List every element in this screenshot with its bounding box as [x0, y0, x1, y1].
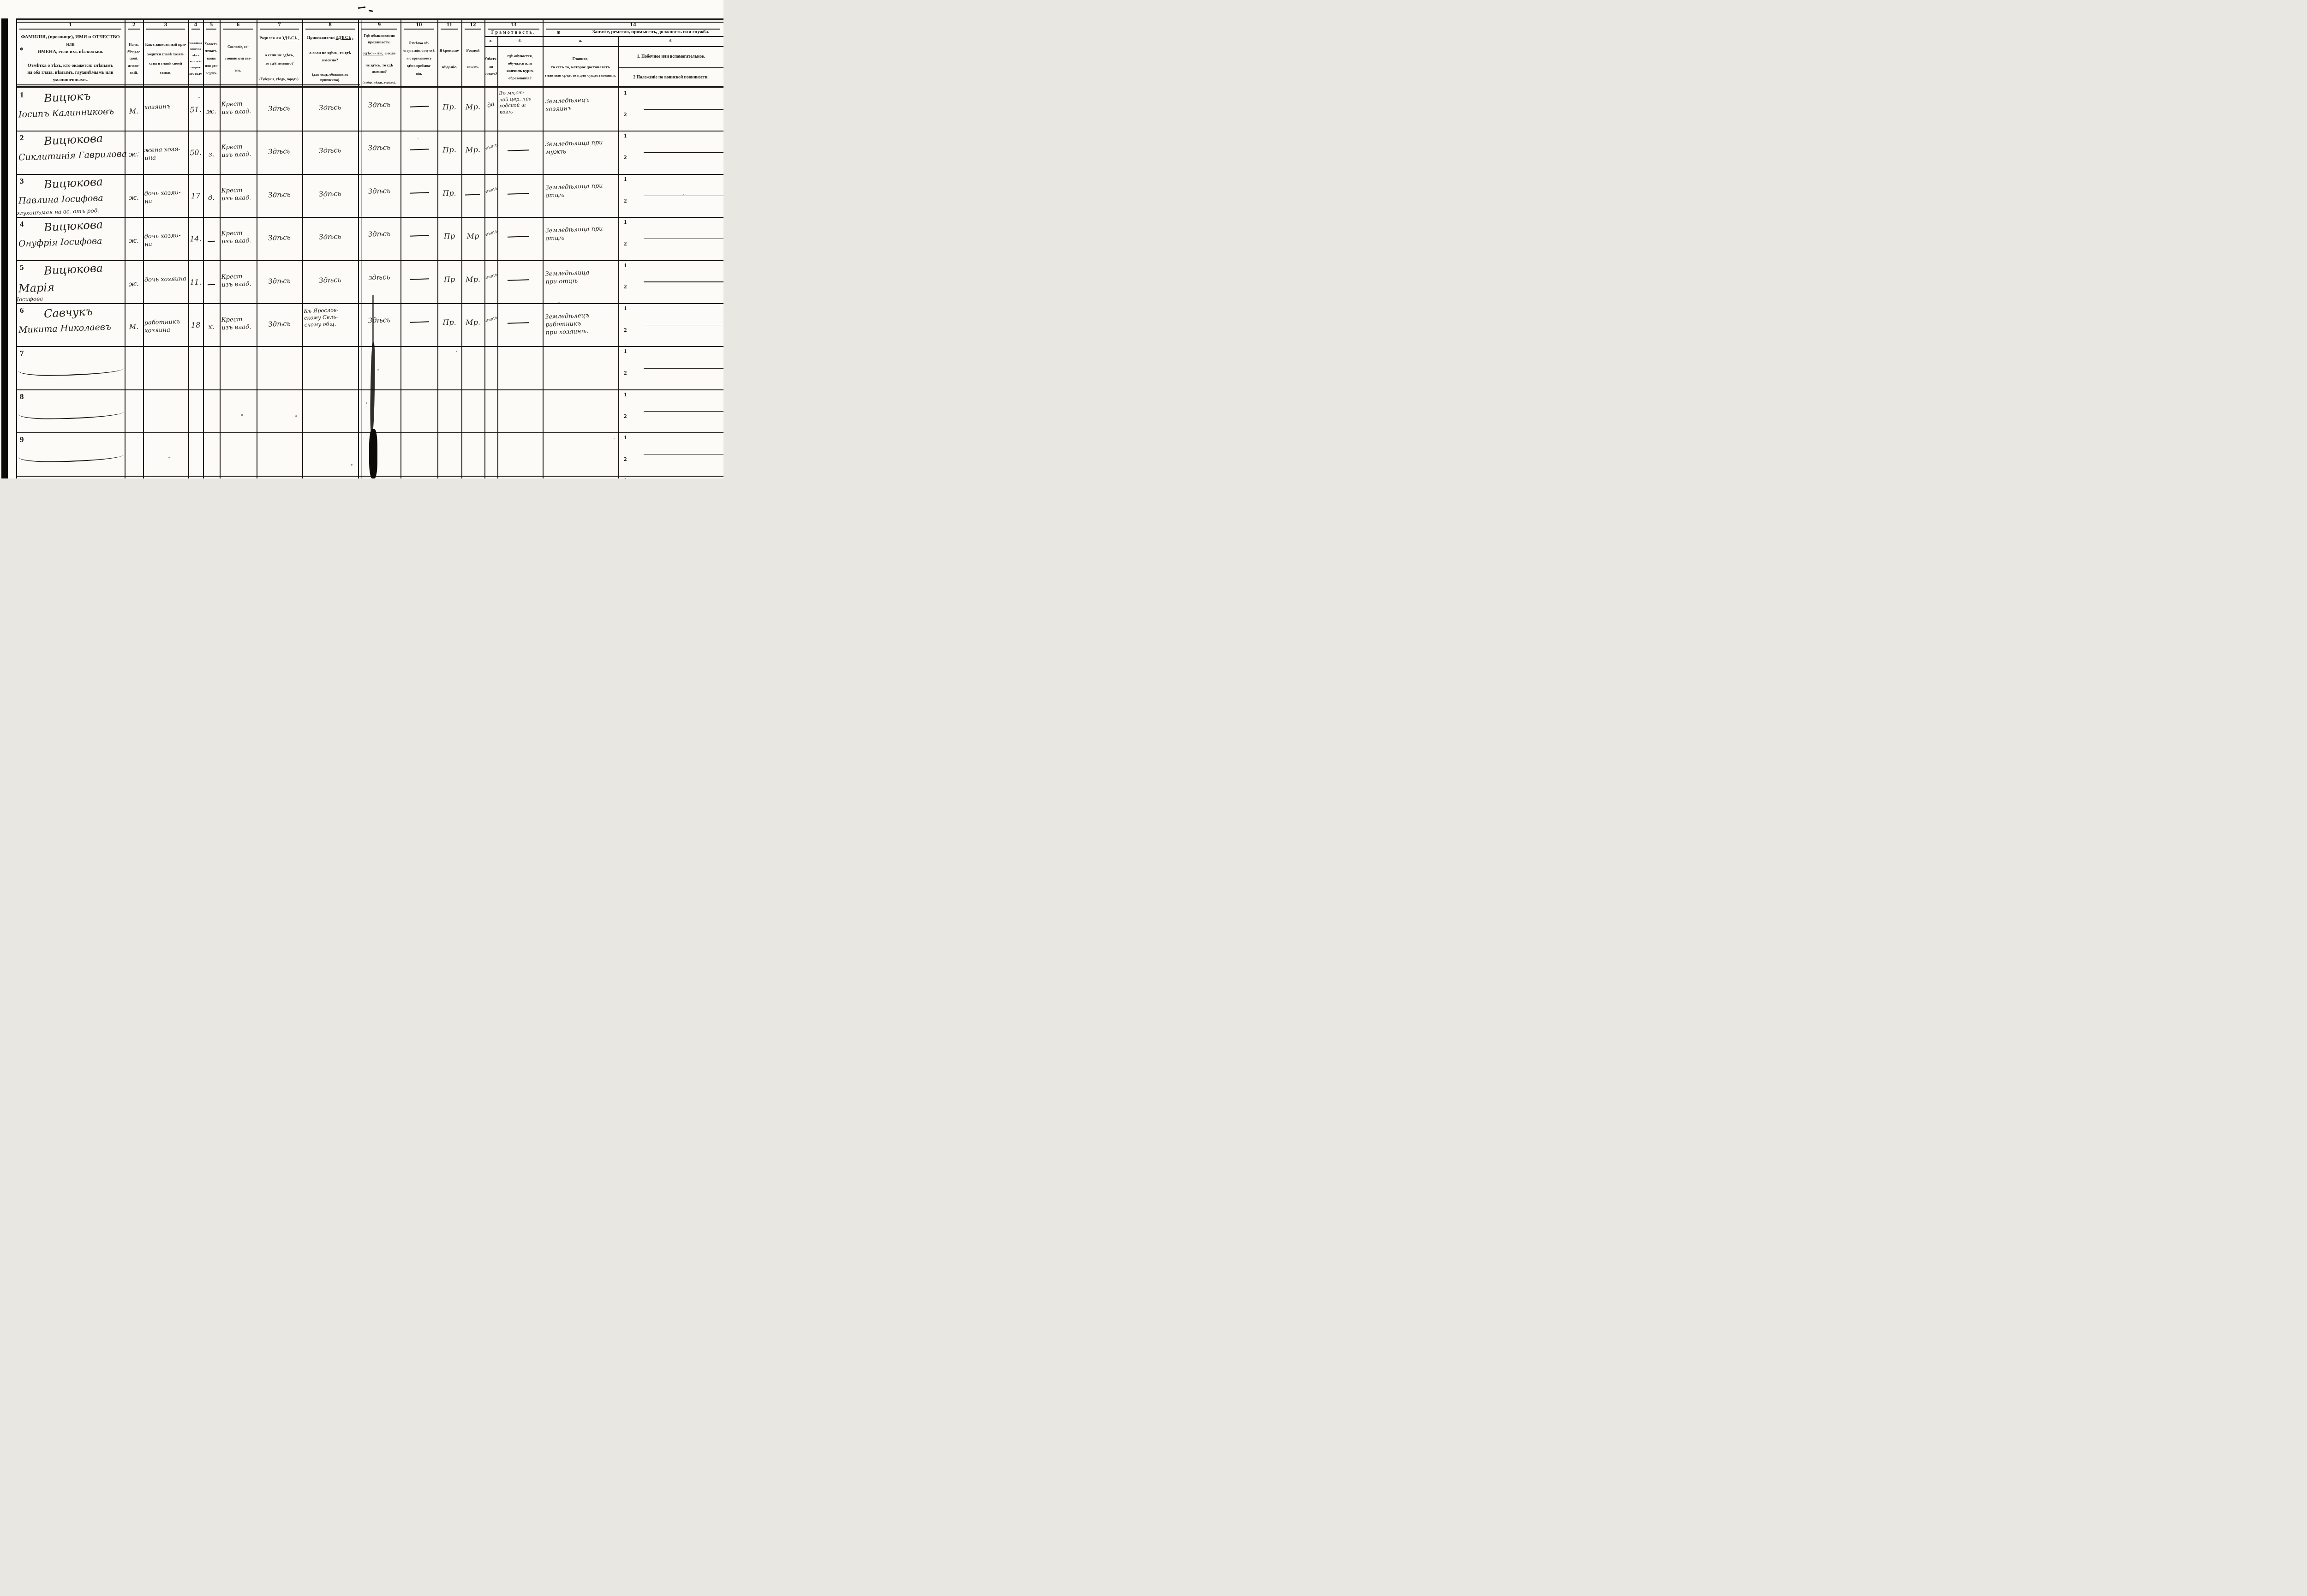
- scan-speckle: [614, 438, 615, 439]
- col-number-underline: [146, 29, 185, 30]
- header-col7-note: (Губернія, уѣздъ, городъ).: [259, 77, 299, 82]
- header-subline: [618, 67, 723, 68]
- sex-entry: ж.: [125, 236, 143, 245]
- language-entry: Мр.: [461, 145, 485, 156]
- occupation-entry: Земледѣлица при отцѣ: [545, 268, 619, 286]
- birthplace-entry: Здѣсь: [257, 276, 303, 287]
- absence-dash: [410, 192, 429, 193]
- scan-speckle: [456, 351, 457, 352]
- occupation-entry: Земледѣлица при мужѣ: [545, 139, 619, 157]
- marital-entry: з.: [203, 150, 220, 160]
- subrow-2-number: 2: [624, 369, 627, 377]
- resides-here-underline: здѣсь-ли,: [363, 51, 384, 55]
- empty-row-flourish: [18, 454, 124, 463]
- subrow-1-number: 1: [624, 476, 627, 478]
- occupation-entry: Земледѣлица при отцѣ: [545, 225, 619, 243]
- subrow-divider-line: [644, 196, 723, 197]
- table-row-line: [16, 346, 723, 347]
- marital-entry: ж.: [203, 107, 220, 116]
- header-bottom-line: [16, 84, 360, 85]
- scan-speckle: [683, 194, 684, 195]
- occupation-entry: Земледѣлецъ работникъ при хозяинѣ.: [545, 311, 620, 337]
- surname-entry: Вицюкова: [43, 259, 136, 278]
- religion-entry: Пр.: [437, 317, 462, 328]
- sex-entry: М.: [125, 322, 143, 332]
- page-spine: [1, 18, 8, 478]
- estate-entry: Крест изъ влад.: [221, 272, 257, 289]
- col-number-underline: [404, 29, 434, 30]
- scan-speckle: [241, 414, 243, 416]
- table-top-border: [16, 22, 723, 23]
- registration-entry: Здѣсь: [302, 189, 359, 200]
- literacy-entry: нѣтъ: [483, 229, 499, 239]
- subrow-divider-line: [644, 368, 723, 369]
- estate-entry: Крест изъ влад.: [221, 316, 257, 332]
- margin-mark-icon: ⊛: [20, 47, 24, 52]
- registration-entry: Здѣсь: [302, 102, 359, 114]
- absence-dash: [410, 149, 429, 150]
- subrow-2-number: 2: [624, 326, 627, 334]
- table-row-line: [16, 476, 723, 477]
- language-entry: Мр: [461, 231, 485, 242]
- scan-speckle: [351, 464, 353, 466]
- language-entry: Мр.: [461, 275, 485, 285]
- subrow-divider-line: [644, 152, 723, 153]
- religion-entry: Пр.: [437, 102, 462, 113]
- given-name-entry: Сиклитинія Гаврилова: [18, 148, 137, 164]
- col-number-underline: [441, 29, 458, 30]
- birthplace-entry: Здѣсь: [257, 103, 303, 114]
- education-dash: [508, 193, 529, 195]
- header-col13b-text: гдѣ обучается, обучался или кончилъ курс…: [498, 47, 542, 87]
- pen-mark: [369, 10, 373, 12]
- header-col7-line1: Родился-ли ЗДѢСЬ,: [259, 35, 299, 42]
- ink-blot: [369, 429, 377, 478]
- header-col4: Сколько минуло лѣтъ или мѣ- сяцевъ отъ р…: [189, 30, 203, 87]
- estate-entry: Крест изъ влад.: [221, 100, 257, 117]
- header-col1: ФАМИЛІЯ, (прозвище), ИМЯ и ОТЧЕСТВО или …: [18, 30, 123, 87]
- registered-here-underline: ЗДѢСЬ,: [336, 35, 353, 40]
- subrow-2-number: 2: [624, 111, 627, 118]
- occupation-mark-icon: ⊛: [557, 30, 561, 36]
- surname-entry: Вицюкъ: [43, 87, 136, 106]
- header-col8-rest: а если не здѣсь, то гдѣ именно?: [309, 49, 351, 64]
- language-entry: Мр.: [461, 317, 485, 328]
- relation-entry: хозяинъ: [144, 102, 188, 112]
- col-number-underline: [128, 29, 140, 30]
- registration-entry: Здѣсь: [302, 145, 359, 156]
- relation-entry: работникъ хозяина: [144, 318, 188, 335]
- surname-entry: Вицюкова: [43, 130, 136, 149]
- scan-speckle: [198, 97, 200, 98]
- education-dash: [508, 279, 529, 281]
- header-col10: Отмѣтка объ отсутствіи, отлучкѣ и о врем…: [401, 30, 437, 87]
- header-col9-line1: Гдѣ обыкновенно проживаетъ:: [364, 32, 395, 46]
- estate-entry: Крест изъ влад.: [221, 229, 257, 246]
- given-name-entry: Павлина Іосифова: [18, 191, 137, 207]
- absence-dash: [410, 235, 429, 236]
- scan-speckle: [295, 415, 297, 417]
- subrow-1-number: 1: [624, 218, 627, 226]
- language-entry: Мр.: [461, 102, 485, 113]
- estate-entry: Крест изъ влад.: [221, 143, 257, 160]
- language-dash: [465, 194, 480, 195]
- header-col8-line1: Приписанъ-ли ЗДѢСЬ,: [307, 35, 353, 41]
- header-col14-title: ⊛ Занятіе, ремесло, промыселъ, должность…: [543, 29, 723, 36]
- pen-mark: [358, 6, 365, 9]
- empty-row-flourish: [18, 367, 124, 377]
- header-col14-title-text: Занятіе, ремесло, промыселъ, должность и…: [592, 29, 709, 36]
- header-col8: Приписанъ-ли ЗДѢСЬ, а если не здѣсь, то …: [303, 30, 358, 87]
- absence-dash: [410, 106, 429, 107]
- scan-speckle: [366, 402, 367, 404]
- subrow-2-number: 2: [624, 412, 627, 420]
- header-col14a-label: а.: [543, 37, 618, 45]
- header-col6: Сословіе, со- стояніе или зва- ніе.: [220, 30, 256, 87]
- education-entry: Въ мѣст- ной цер. при- ходской ш- колѣ: [499, 89, 542, 116]
- header-col8-note: (для лицъ, обязанныхъ припискою).: [312, 72, 348, 83]
- header-col14b2-text: 2 Положеніе по воинской повинности.: [619, 68, 723, 87]
- marital-entry: х.: [203, 322, 220, 332]
- age-entry: 14.: [188, 234, 203, 245]
- estate-entry: Крест изъ влад.: [221, 186, 257, 203]
- subrow-1-number: 1: [624, 132, 627, 139]
- header-col11: Вѣроиспо- вѣданіе.: [438, 30, 461, 87]
- subrow-divider-line: [644, 454, 723, 455]
- birthplace-entry: Здѣсь: [257, 147, 303, 157]
- col-number-underline: [546, 29, 720, 30]
- given-name-entry: Іосипъ Калинниковъ: [18, 105, 137, 121]
- subrow-2-number: 2: [624, 154, 627, 161]
- header-col9-line2: здѣсь-ли, а если: [363, 50, 395, 56]
- col-number-underline: [19, 29, 121, 30]
- row-number: 6: [20, 306, 24, 315]
- subrow-1-number: 1: [624, 175, 627, 183]
- residence-entry: Здѣсь: [358, 315, 401, 326]
- literacy-entry: нѣтъ: [483, 143, 499, 153]
- row-number: 1: [20, 90, 24, 100]
- row-number: 7: [20, 349, 24, 358]
- header-col1-bottom: Отмѣтка о тѣхъ, кто окажется: слѣпымъ на…: [27, 62, 113, 84]
- religion-entry: Пр.: [437, 145, 462, 155]
- header-col7-rest: а если не здѣсь, то гдѣ именно?: [265, 51, 294, 67]
- header-subline: [484, 46, 723, 47]
- subrow-1-number: 1: [624, 262, 627, 269]
- birthplace-entry: Здѣсь: [257, 190, 303, 200]
- header-col3: Какъ записанный при- ходится главѣ хозяй…: [143, 30, 188, 87]
- subrow-1-number: 1: [624, 434, 627, 441]
- absence-dash: [410, 321, 429, 323]
- header-col7: Родился-ли ЗДѢСЬ, а если не здѣсь, то гд…: [257, 30, 302, 87]
- header-col13-title: Грамотность.: [485, 29, 542, 36]
- subrow-2-number: 2: [624, 455, 627, 463]
- col-number-underline: [206, 29, 216, 30]
- subrow-1-number: 1: [624, 89, 627, 96]
- education-dash: [508, 322, 529, 324]
- sex-entry: ж.: [125, 279, 143, 289]
- scan-speckle: [558, 302, 560, 304]
- age-entry: 51.: [188, 105, 203, 115]
- scan-speckle: [418, 138, 418, 139]
- occupation-entry: Земледѣлица при отцѣ: [545, 182, 619, 200]
- scan-speckle: [323, 198, 324, 199]
- surname-entry: Вицюкова: [43, 173, 136, 192]
- scan-speckle: [377, 369, 379, 371]
- birthplace-entry: Здѣсь: [257, 319, 303, 329]
- header-col9: Гдѣ обыкновенно проживаетъ: здѣсь-ли, а …: [359, 30, 400, 88]
- surname-entry: Савчукъ: [43, 302, 136, 322]
- col-number-underline: [488, 29, 539, 30]
- row-number: 4: [20, 220, 24, 229]
- education-dash: [508, 150, 529, 152]
- subrow-2-number: 2: [624, 197, 627, 204]
- row-number: 3: [20, 177, 24, 186]
- subrow-2-number: 2: [624, 283, 627, 290]
- subrow-divider-line: [644, 325, 723, 326]
- residence-entry: Здѣсь: [358, 143, 401, 154]
- scan-speckle: [212, 325, 213, 326]
- registration-entry: Къ Ярослов- скому Сель- скому общ.: [304, 306, 357, 329]
- header-col14a-text: Главное, то есть то, которое доставляетъ…: [543, 47, 618, 87]
- subrow-divider-line: [644, 411, 723, 412]
- header-col9-note: (Губер., уѣздъ, городъ).: [363, 80, 396, 85]
- subrow-divider-line: [644, 239, 723, 239]
- relation-entry: дочь хозяина: [144, 275, 188, 284]
- religion-entry: Пр: [437, 275, 462, 285]
- religion-entry: Пр: [437, 231, 462, 242]
- residence-entry: Здѣсь: [358, 229, 401, 240]
- sex-entry: ж.: [125, 193, 143, 203]
- subrow-divider-line: [644, 109, 723, 110]
- marital-dash: [208, 284, 215, 285]
- literacy-entry: нѣтъ: [483, 315, 499, 325]
- col-number-underline: [305, 29, 355, 30]
- surname-entry: Вицюкова: [43, 216, 136, 235]
- relation-entry: жена хозя- ина: [144, 146, 188, 163]
- header-col9-rest2: не здѣсь, то гдѣ именно?: [365, 62, 393, 75]
- table-row-line: [16, 389, 723, 390]
- age-entry: 18: [188, 320, 203, 330]
- marital-entry: д.: [203, 193, 220, 203]
- occupation-entry: Земледѣлецъ хозяинъ: [545, 96, 619, 114]
- residence-entry: Здѣсь: [358, 186, 401, 197]
- ink-blot: [372, 295, 374, 346]
- header-col14b-label: б.: [619, 37, 723, 45]
- subrow-1-number: 1: [624, 347, 627, 355]
- birthplace-entry: Здѣсь: [257, 233, 303, 243]
- header-col13a-text: Умѣетъ- ли читать?: [484, 47, 497, 87]
- ink-blot: [370, 342, 375, 435]
- header-col12: Родной языкъ.: [462, 30, 484, 87]
- header-col14b1-text: 1. Побочное или вспомогательное.: [619, 47, 723, 66]
- sex-entry: ж.: [125, 150, 143, 160]
- born-here-underline: ЗДѢСЬ,: [282, 36, 299, 40]
- col-number-underline: [191, 29, 200, 30]
- registration-entry: Здѣсь: [302, 232, 359, 243]
- age-entry: 11.: [188, 277, 203, 287]
- sex-entry: М.: [125, 107, 143, 116]
- row-number: 5: [20, 263, 24, 272]
- col-number-underline: [260, 29, 299, 30]
- row-number: 2: [20, 133, 24, 143]
- literacy-entry: нѣтъ: [483, 185, 499, 196]
- name-note-entry: глухонѣмая на вс. отъ род.: [17, 206, 130, 217]
- subrow-1-number: 1: [624, 391, 627, 398]
- header-col13b-label: б.: [498, 37, 542, 45]
- row-number: 8: [20, 392, 24, 401]
- col-number-underline: [223, 29, 253, 30]
- header-col5: Холостъ, женатъ, вдовъ или раз- веденъ.: [203, 30, 219, 87]
- header-col2: Полъ. М-муж- ской. ж-жен- скій.: [125, 30, 143, 87]
- given-name-entry: Онуфрія Іосифова: [18, 234, 137, 250]
- marital-dash: [208, 241, 215, 242]
- subrow-divider-line: [644, 281, 723, 282]
- relation-entry: дочь хозяи- на: [144, 232, 188, 249]
- row-number: 9: [20, 435, 24, 444]
- religion-entry: Пр.: [437, 188, 462, 199]
- registration-entry: Здѣсь: [302, 275, 359, 286]
- header-subline: [484, 36, 723, 37]
- literacy-entry: нѣтъ: [483, 272, 499, 282]
- age-entry: 17: [188, 191, 203, 201]
- subrow-1-number: 1: [624, 305, 627, 312]
- table-top-border: [16, 18, 723, 20]
- absence-dash: [410, 278, 429, 280]
- census-sheet-page: 1 2 3 4 5 6 7 8 9 10 11 12 13 14 ФАМИЛІЯ…: [0, 0, 723, 478]
- header-col1-top: ФАМИЛІЯ, (прозвище), ИМЯ и ОТЧЕСТВО или …: [18, 34, 123, 56]
- residence-entry: здѣсь: [358, 272, 401, 283]
- col-number-underline: [465, 29, 481, 30]
- given-name-entry: Микита Николаевъ: [18, 321, 137, 336]
- empty-row-flourish: [18, 411, 124, 420]
- age-entry: 50.: [188, 148, 203, 158]
- residence-entry: Здѣсь: [358, 100, 401, 110]
- education-dash: [508, 236, 529, 238]
- scan-speckle: [138, 152, 139, 153]
- header-col13a-label: а.: [485, 37, 497, 45]
- subrow-2-number: 2: [624, 240, 627, 247]
- relation-entry: дочь хозяи- на: [144, 189, 188, 206]
- col-number-underline: [361, 29, 397, 30]
- scan-speckle: [168, 457, 170, 458]
